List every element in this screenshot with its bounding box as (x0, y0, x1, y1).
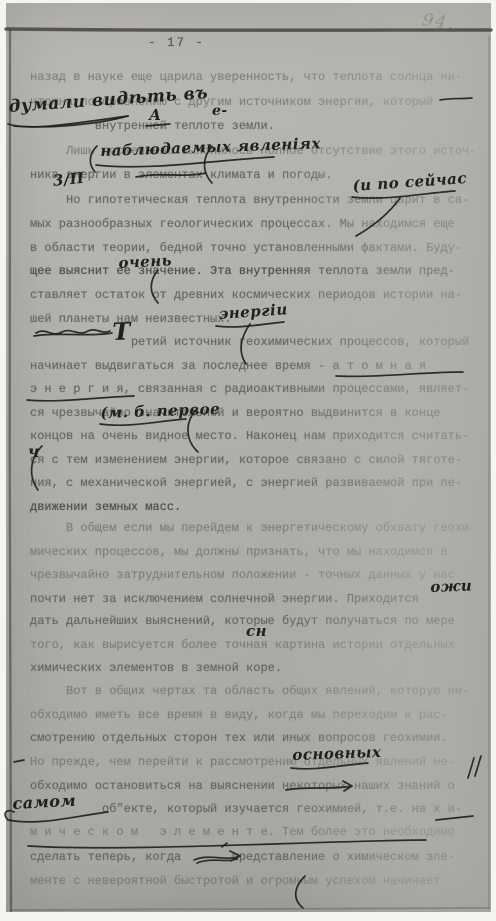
handwriting-letter-a: А (149, 106, 162, 124)
typed-line: ся с тем изменением энергии, которое свя… (30, 451, 482, 473)
typed-line: смотрению отдельных сторон тех или иных … (30, 729, 482, 751)
handwriting-ochen: очень (118, 251, 172, 272)
typed-line: ретий источник геохимических процессов, … (30, 333, 482, 355)
typed-line: в области теории, бедной точно установле… (30, 239, 482, 261)
typed-line: В общем если мы перейдем к энергетическо… (30, 519, 482, 541)
typed-line: щее выяснит ее значение. Эта внутренняя … (30, 262, 482, 284)
typed-line: м и ч е с к о м э л е м е н т е. Тем бол… (30, 823, 482, 845)
handwriting-ozhi: ожи (430, 577, 473, 596)
typed-line: ся чрезвычайно значительной и вероятно в… (30, 404, 482, 426)
typed-line: Вот в общих чертах та область общих явле… (30, 682, 482, 704)
typed-line: почти нет за исключением солнечной энерг… (30, 590, 482, 612)
typed-line: обходимо иметь все время в виду, когда м… (30, 706, 482, 728)
typed-line: назад в науке еще царила уверенность, чт… (30, 68, 482, 90)
typed-line: начинает выдвигаться за последнее время … (30, 357, 482, 379)
typed-line: сделать теперь, когда представление о хи… (30, 848, 482, 870)
typed-line: химических элементов в земной коре. (30, 659, 482, 681)
handwriting-sn: сн (246, 622, 267, 640)
typed-line: мических процессов, мы должны признать, … (30, 543, 482, 565)
typed-line: концов на очень видное место. Наконец на… (30, 427, 482, 449)
handwriting-letter-ch: ч (28, 442, 40, 461)
typed-line: движении земных масс. (30, 498, 482, 520)
handwriting-samom: самом (12, 791, 77, 813)
handwriting-mark-3: 3/П (52, 169, 85, 190)
typed-line: Но гипотетическая теплота внутренности з… (30, 191, 482, 213)
typed-line: об"екте, который изучается геохимией, т.… (30, 800, 482, 822)
handwriting-osnovnykh: основных (292, 743, 382, 764)
typed-line: Но прежде, чем перейти к рассмотрению от… (30, 753, 482, 775)
typed-line: обходимо остановиться на выяснении некот… (30, 777, 482, 799)
scanned-typescript-page: { "page": { "pencil_number": "94.", "typ… (0, 0, 496, 921)
typed-line: чрезвычайно затруднительном положении - … (30, 566, 482, 588)
typed-line: э н е р г и я, связанная с радиоактивным… (30, 380, 482, 402)
typed-line: ния, с механической энергией, с энергией… (30, 474, 482, 496)
typed-line: мых разнообразных геологических процесса… (30, 215, 482, 237)
typed-line: менте с невероятной быстротой и огромным… (30, 872, 482, 894)
handwriting-letter-e: е- (212, 103, 228, 119)
typed-page-number: - 17 - (148, 36, 205, 50)
handwriting-big-t: Т (112, 316, 131, 346)
